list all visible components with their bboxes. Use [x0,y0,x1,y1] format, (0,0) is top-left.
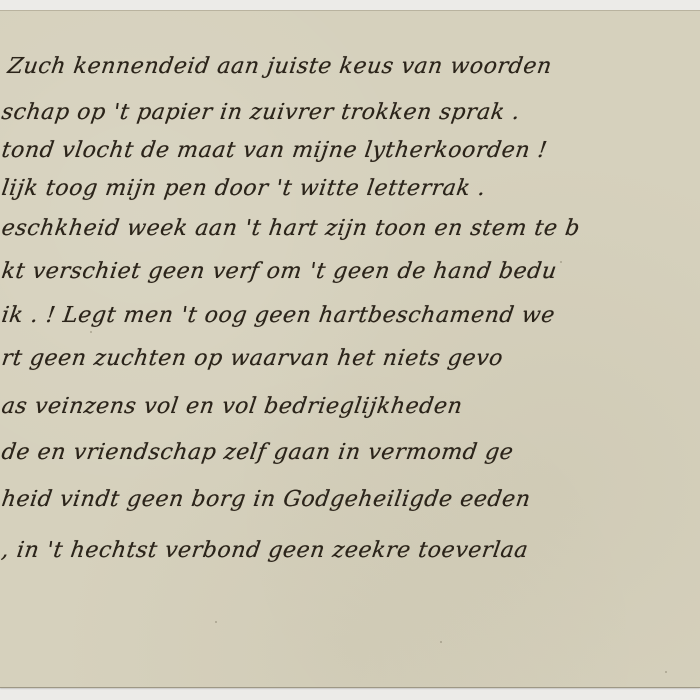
manuscript-line-3: tond vlocht de maat van mijne lytherkoor… [0,138,549,163]
paper-speck [215,621,217,623]
manuscript-line-5: eschkheid week aan 't hart zijn toon en … [0,216,582,241]
manuscript-line-2: schap op 't papier in zuivrer trokken sp… [0,100,522,125]
paper-speck [440,641,442,643]
manuscript-line-6: kt verschiet geen verf om 't geen de han… [0,259,559,284]
paper-speck [560,261,562,263]
image-frame: Zuch kennendeid aan juiste keus van woor… [0,0,700,700]
manuscript-line-8: rt geen zuchten op waarvan het niets gev… [0,346,505,371]
manuscript-line-7: ik . ! Legt men 't oog geen hartbeschame… [0,303,557,328]
paper-speck [665,671,667,673]
manuscript-line-12: , in 't hechtst verbond geen zeekre toev… [0,538,530,563]
manuscript-page: Zuch kennendeid aan juiste keus van woor… [0,10,700,688]
manuscript-line-10: de en vriendschap zelf gaan in vermomd g… [0,440,515,465]
manuscript-line-9: as veinzens vol en vol bedrieglijkheden [0,394,464,419]
manuscript-line-11: heid vindt geen borg in Godgeheiligde ee… [0,487,532,512]
paper-speck [90,331,92,333]
manuscript-line-4: lijk toog mijn pen door 't witte letterr… [0,176,487,201]
manuscript-line-1: Zuch kennendeid aan juiste keus van woor… [6,54,554,79]
